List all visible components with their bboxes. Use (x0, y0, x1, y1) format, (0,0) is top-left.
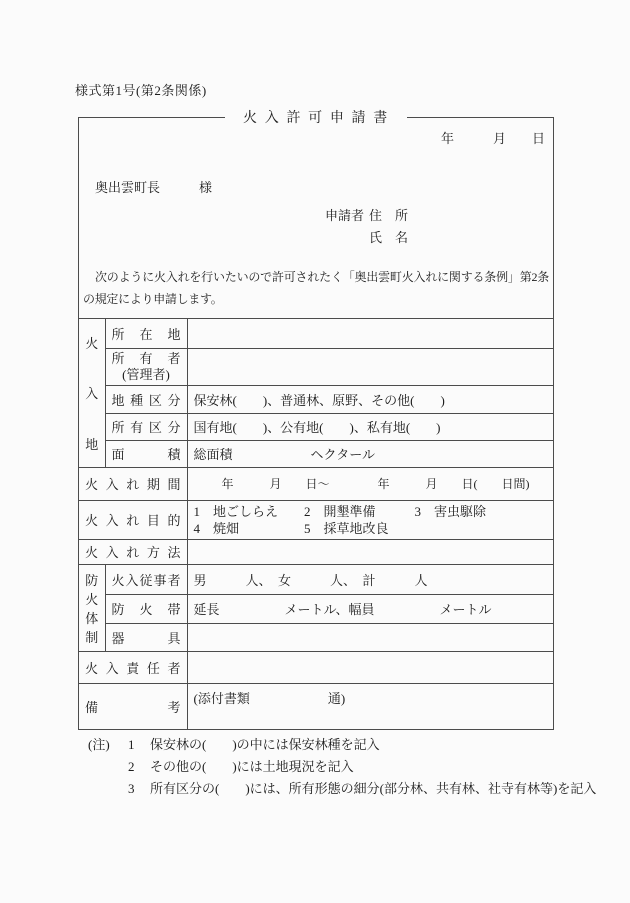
table-row: 備考 (添付書類 通) (79, 683, 553, 729)
row-owner-label: 所有者 (管理者) (105, 348, 187, 385)
applicant-name-label: 氏 名 (369, 227, 408, 249)
form-table-wrap: 火 入 地 所在地 所有者 (管理者) 地種区分 保安林( )、普通林、原野、そ… (79, 318, 553, 729)
footnote-list: 1 保安林の( )の中には保安林種を記入 2 その他の( )には土地現況を記入 … (128, 734, 596, 800)
table-row: 火入れ期間 年 月 日～ 年 月 日( 日間) (79, 467, 553, 500)
row-remarks-value: (添付書類 通) (187, 683, 553, 729)
row-workers-value: 男 人、 女 人、 計 人 (187, 564, 553, 594)
table-row: 所有区分 国有地( )、公有地( )、私有地( ) (79, 413, 553, 440)
table-row: 防火帯 延長 メートル、幅員 メートル (79, 594, 553, 623)
applicant-address-label: 住 所 (369, 205, 408, 227)
row-method-value (187, 539, 553, 564)
table-row: 火入れ方法 (79, 539, 553, 564)
group-fire-land-label: 火 入 地 (79, 333, 105, 453)
footnote-number: 3 (128, 778, 150, 800)
group-fire-prevention-label: 防 火 体 制 (79, 570, 105, 646)
row-responsible-value (187, 651, 553, 683)
application-form-box: 火入許可申請書 年 月 日 奥出雲町長 様 申請者 住 所 氏 名 次のように火… (78, 117, 554, 730)
group-fire-prevention: 防 火 体 制 (79, 564, 105, 651)
intro-paragraph: 次のように火入れを行いたいので許可されたく「奥出雲町火入れに関する条例」第2条の… (83, 266, 549, 310)
group-char: 火 (85, 589, 98, 608)
applicant-block: 申請者 住 所 氏 名 (325, 205, 553, 249)
fire-application-table: 火 入 地 所在地 所有者 (管理者) 地種区分 保安林( )、普通林、原野、そ… (79, 319, 553, 729)
table-row: 火入れ目的 1 地ごしらえ 2 開墾準備 3 害虫駆除 4 焼畑 5 採草地改良 (79, 500, 553, 539)
row-firebreak-value: 延長 メートル、幅員 メートル (187, 594, 553, 623)
row-responsible-label: 火入責任者 (79, 651, 187, 683)
table-row: 火入責任者 (79, 651, 553, 683)
footnote-text: その他の( )には土地現況を記入 (150, 756, 354, 778)
footnote-item: 2 その他の( )には土地現況を記入 (128, 756, 596, 778)
row-owner-value (187, 348, 553, 385)
applicant-fields: 住 所 氏 名 (369, 205, 408, 249)
form-title: 火入許可申請書 (79, 108, 553, 129)
table-row: 火 入 地 所在地 (79, 319, 553, 348)
footnote-prefix: (注) (88, 734, 128, 800)
footnote-number: 1 (128, 734, 150, 756)
table-row: 面積 総面積 ヘクタール (79, 440, 553, 467)
table-row: 所有者 (管理者) (79, 348, 553, 385)
row-method-label: 火入れ方法 (79, 539, 187, 564)
applicant-label: 申請者 (325, 205, 364, 249)
row-location-value (187, 319, 553, 348)
row-equipment-label: 器具 (105, 623, 187, 651)
group-char: 体 (85, 608, 98, 627)
table-row: 器具 (79, 623, 553, 651)
row-purpose-value: 1 地ごしらえ 2 開墾準備 3 害虫駆除 4 焼畑 5 採草地改良 (187, 500, 553, 539)
row-land-type-value: 保安林( )、普通林、原野、その他( ) (187, 385, 553, 413)
row-equipment-value (187, 623, 553, 651)
footnote-number: 2 (128, 756, 150, 778)
row-purpose-label: 火入れ目的 (79, 500, 187, 539)
row-land-type-label: 地種区分 (105, 385, 187, 413)
row-ownership-label: 所有区分 (105, 413, 187, 440)
group-char: 入 (85, 383, 98, 402)
group-char: 地 (85, 434, 98, 453)
group-char: 制 (85, 627, 98, 646)
row-ownership-value: 国有地( )、公有地( )、私有地( ) (187, 413, 553, 440)
row-remarks-label: 備考 (79, 683, 187, 729)
form-title-text: 火入許可申請書 (225, 111, 407, 126)
row-workers-label: 火入従事者 (105, 564, 187, 594)
footnotes: (注) 1 保安林の( )の中には保安林種を記入 2 その他の( )には土地現況… (88, 734, 596, 800)
group-fire-land: 火 入 地 (79, 319, 105, 467)
row-location-label: 所在地 (105, 319, 187, 348)
table-row: 地種区分 保安林( )、普通林、原野、その他( ) (79, 385, 553, 413)
group-char: 火 (85, 333, 98, 352)
group-char: 防 (85, 570, 98, 589)
row-area-label: 面積 (105, 440, 187, 467)
date-line: 年 月 日 (79, 131, 553, 147)
form-code: 様式第1号(第2条関係) (75, 80, 207, 99)
addressee-line: 奥出雲町長 様 (95, 180, 553, 196)
footnote-text: 所有区分の( )には、所有形態の細分(部分林、共有林、社寺有林等)を記入 (150, 778, 596, 800)
page: { "page": { "form_code": "様式第1号(第2条関係)",… (0, 0, 630, 903)
row-area-value: 総面積 ヘクタール (187, 440, 553, 467)
footnote-item: 3 所有区分の( )には、所有形態の細分(部分林、共有林、社寺有林等)を記入 (128, 778, 596, 800)
row-firebreak-label: 防火帯 (105, 594, 187, 623)
table-row: 防 火 体 制 火入従事者 男 人、 女 人、 計 人 (79, 564, 553, 594)
footnote-text: 保安林の( )の中には保安林種を記入 (150, 734, 380, 756)
row-period-label: 火入れ期間 (79, 467, 187, 500)
row-period-value: 年 月 日～ 年 月 日( 日間) (187, 467, 553, 500)
footnote-item: 1 保安林の( )の中には保安林種を記入 (128, 734, 596, 756)
